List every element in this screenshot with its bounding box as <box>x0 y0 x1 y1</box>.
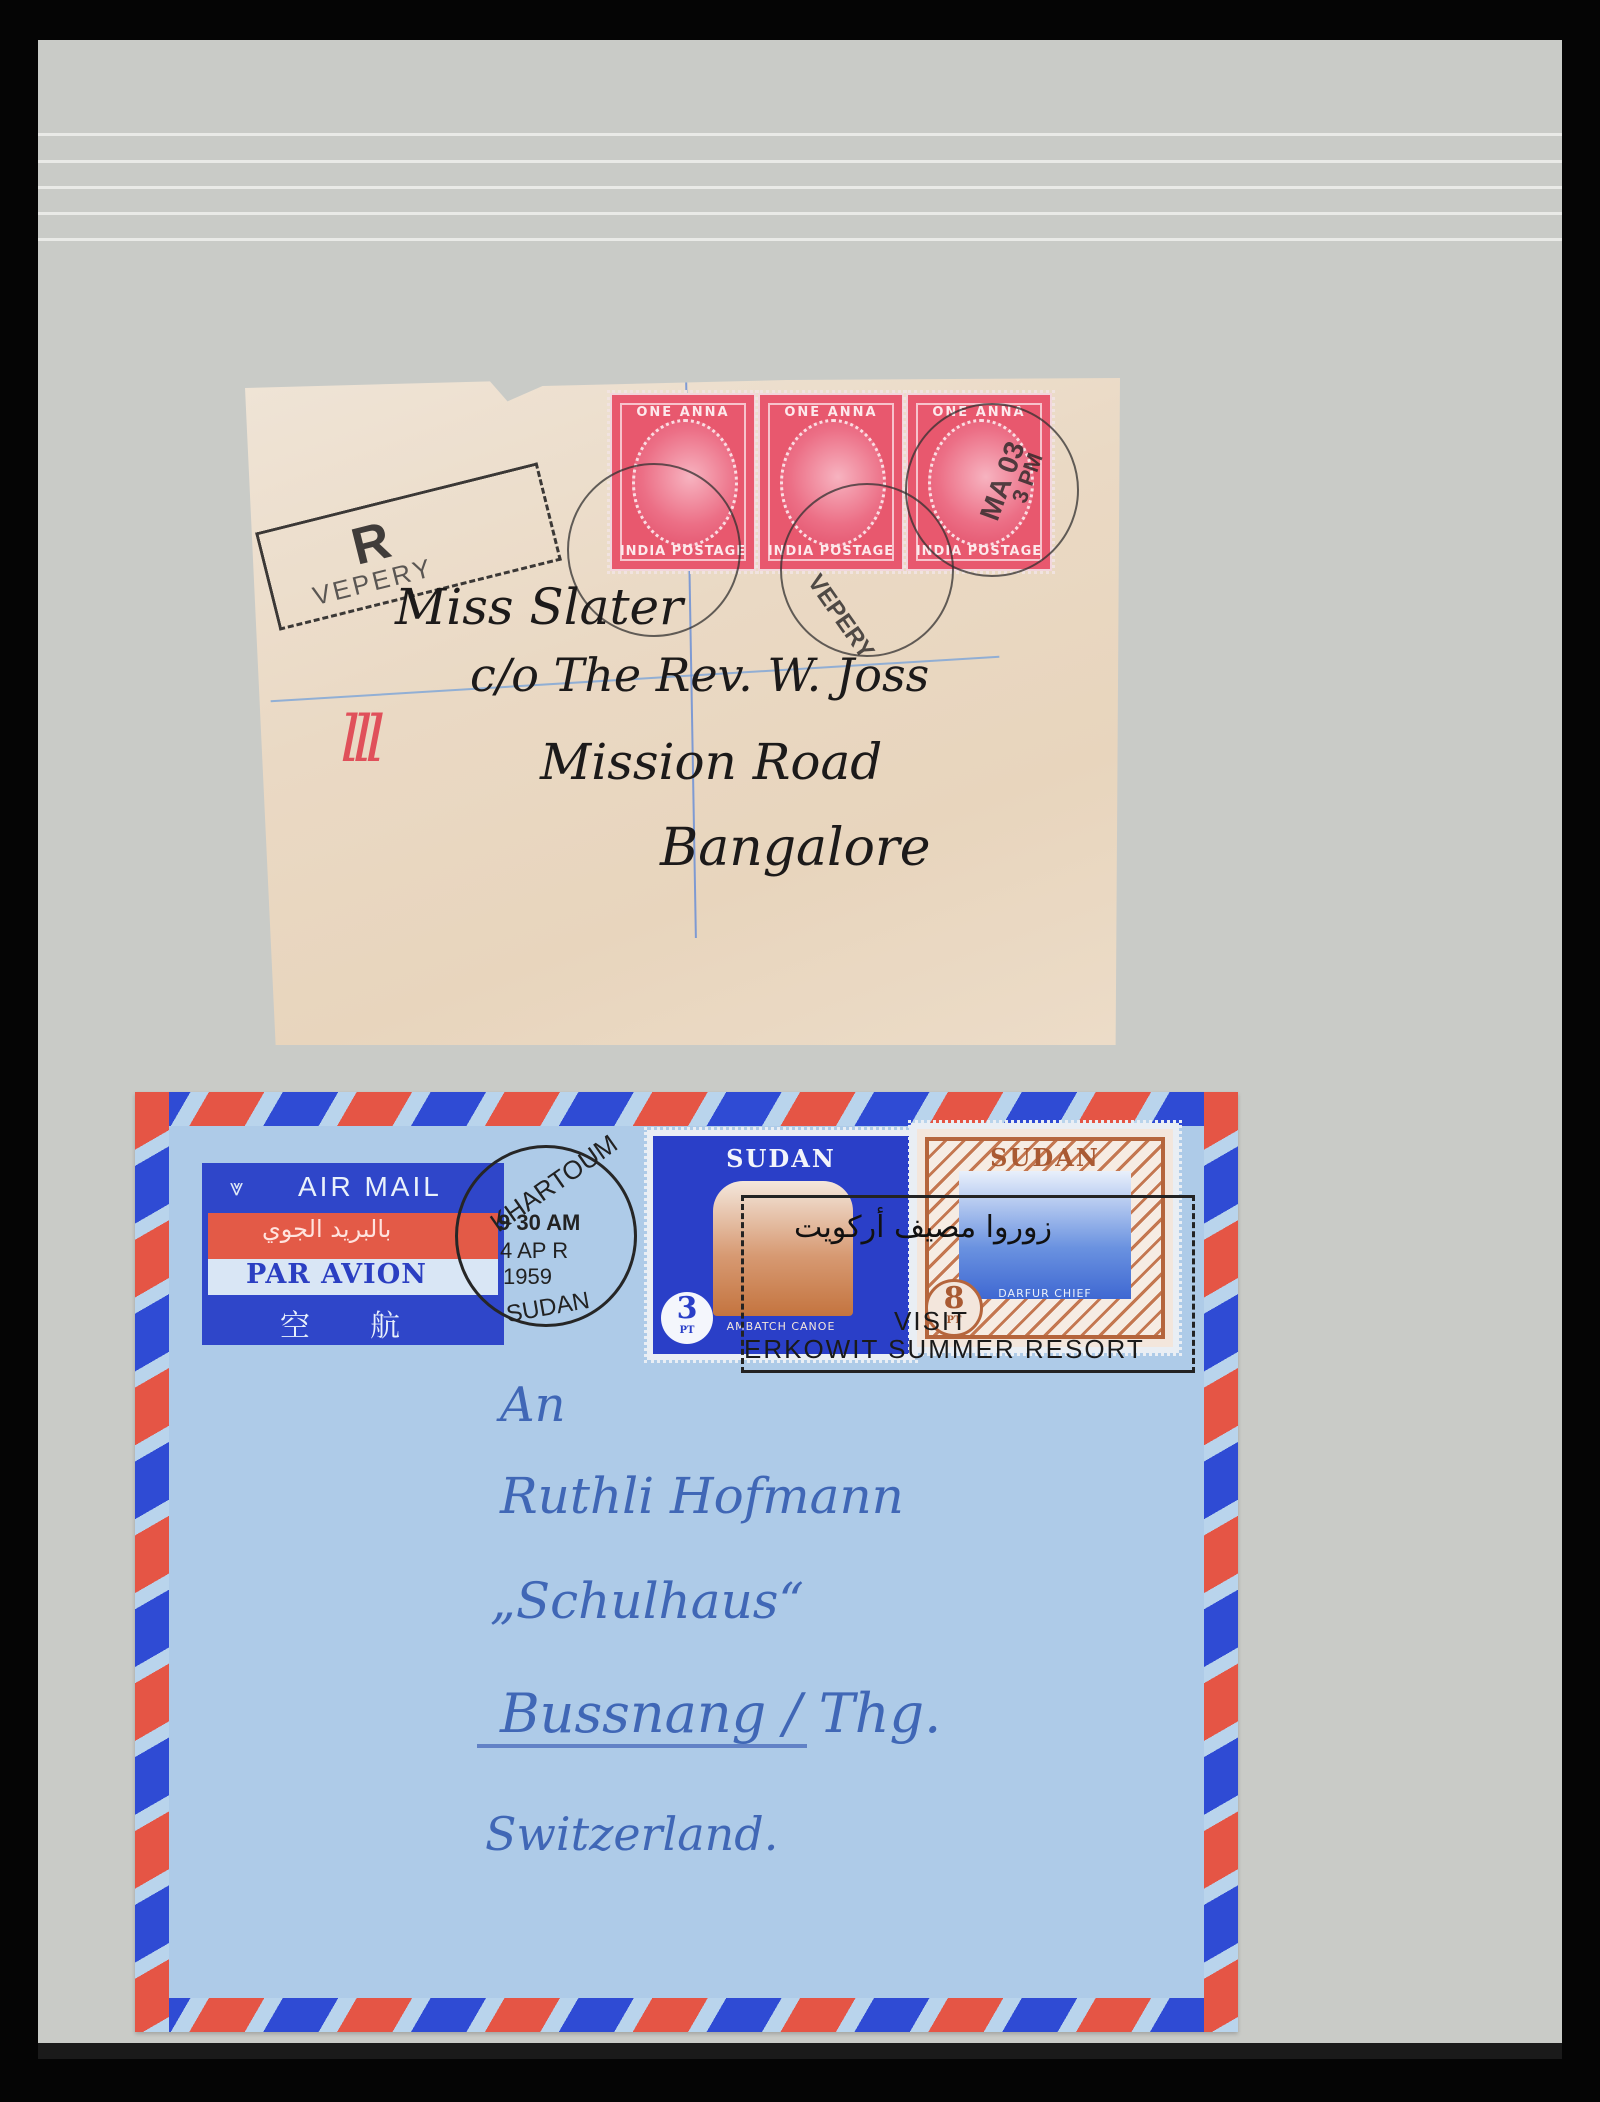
airmail-stripe-border <box>135 1092 169 2032</box>
postmark-date: 4 AP R <box>500 1238 568 1264</box>
sudan-airmail-cover: ⩔ AIR MAIL بالبريد الجوي PAR AVION 空航 KH… <box>135 1092 1238 2032</box>
airmail-arabic-text: بالبريد الجوي <box>262 1215 391 1243</box>
airmail-chinese-text: 空航 <box>280 1301 460 1345</box>
stamp-value: 3PT <box>661 1292 713 1344</box>
address-line: „Schulhaus“ <box>490 1572 804 1630</box>
postmark-time: 9 30 AM <box>498 1210 580 1236</box>
airmail-text: AIR MAIL <box>298 1171 442 1203</box>
address-line: Bussnang / Thg. <box>500 1682 941 1745</box>
page-rule <box>38 133 1562 136</box>
airmail-stripe-border <box>135 1092 1238 1126</box>
page-edge <box>38 2043 1562 2059</box>
address-line: Miss Slater <box>395 578 683 636</box>
stamp-country: SUDAN <box>917 1143 1173 1172</box>
address-line: Ruthli Hofmann <box>500 1467 904 1525</box>
address-line: Switzerland. <box>485 1807 778 1861</box>
red-crayon-mark: lll <box>340 703 377 777</box>
stamp-denomination: ONE ANNA <box>760 405 902 420</box>
slogan-line: ERKOWIT SUMMER RESORT <box>744 1334 1145 1365</box>
address-line: c/o The Rev. W. Joss <box>470 648 929 702</box>
india-registered-cover: ONE ANNA INDIA POSTAGE ONE ANNA INDIA PO… <box>245 378 1120 1045</box>
page-rule <box>38 160 1562 163</box>
address-line: Mission Road <box>540 733 882 791</box>
slogan-cancellation: زوروا مصيف أركويت VISIT ERKOWIT SUMMER R… <box>741 1195 1195 1373</box>
stamp-denomination: ONE ANNA <box>612 405 754 420</box>
page-rule <box>38 186 1562 189</box>
wings-icon: ⩔ <box>230 1173 244 1201</box>
page-rule <box>38 238 1562 241</box>
address-line: Bangalore <box>660 818 931 878</box>
khartoum-postmark: KHARTOUM 9 30 AM 4 AP R 1959 SUDAN <box>455 1145 637 1327</box>
postmark-circle: MA 03 3 PM <box>905 403 1079 577</box>
slogan-line: VISIT <box>894 1306 969 1337</box>
airmail-stripe-border <box>1204 1092 1238 2032</box>
stamp-country: SUDAN <box>653 1144 909 1173</box>
par-avion-text: PAR AVION <box>246 1259 427 1290</box>
postmark-year: 1959 <box>503 1264 552 1290</box>
address-line: An <box>500 1377 566 1433</box>
page-rule <box>38 212 1562 215</box>
address-underline <box>477 1744 807 1748</box>
airmail-stripe-border <box>135 1998 1238 2032</box>
slogan-arabic: زوروا مصيف أركويت <box>794 1210 1052 1245</box>
